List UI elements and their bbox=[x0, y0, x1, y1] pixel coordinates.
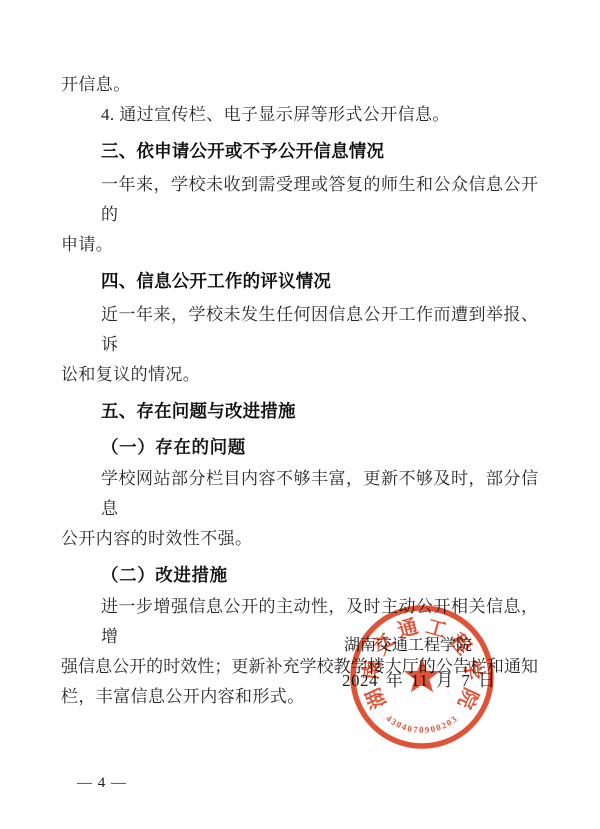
section-5-sub1-paragraph-line: 学校网站部分栏目内容不够丰富，更新不够及时，部分信息 bbox=[61, 464, 538, 524]
paragraph-item4-line: 4. 通过宣传栏、电子显示屏等形式公开信息。 bbox=[61, 100, 538, 130]
section-5-sub2-heading: （二）改进措施 bbox=[61, 560, 538, 590]
seal-star-icon bbox=[404, 658, 440, 692]
page-number: — 4 — bbox=[77, 774, 127, 792]
official-seal-stamp: 湖 南 交 通 工 程 学 院 4304070900203 bbox=[347, 602, 497, 752]
section-5-sub1-paragraph-line: 公开内容的时效性不强。 bbox=[61, 524, 538, 554]
seal-ring-char: 工 bbox=[423, 616, 448, 643]
section-4-paragraph-line: 讼和复议的情况。 bbox=[61, 360, 538, 390]
section-3-paragraph-line: 申请。 bbox=[61, 230, 538, 260]
section-5-heading: 五、存在问题与改进措施 bbox=[61, 396, 538, 426]
section-3-paragraph-line: 一年来，学校未收到需受理或答复的师生和公众信息公开的 bbox=[61, 170, 538, 230]
seal-ring-char: 南 bbox=[359, 659, 385, 682]
seal-ring-char: 通 bbox=[395, 615, 421, 643]
section-3-heading: 三、依申请公开或不予公开信息情况 bbox=[61, 136, 538, 166]
paragraph-continuation-line: 开信息。 bbox=[61, 70, 538, 100]
section-5-sub1-heading: （一）存在的问题 bbox=[61, 432, 538, 462]
seal-ring-char: 学 bbox=[459, 658, 486, 681]
section-4-heading: 四、信息公开工作的评议情况 bbox=[61, 266, 538, 296]
seal-ring-char: 院 bbox=[453, 684, 483, 712]
section-4-paragraph-line: 近一年来，学校未发生任何因信息公开工作而遭到举报、诉 bbox=[61, 300, 538, 360]
seal-ring-char: 程 bbox=[445, 629, 475, 659]
seal-ring-char: 湖 bbox=[361, 684, 391, 712]
document-page: 开信息。 4. 通过宣传栏、电子显示屏等形式公开信息。 三、依申请公开或不予公开… bbox=[0, 0, 600, 829]
seal-registration-number: 4304070900203 bbox=[384, 713, 460, 735]
